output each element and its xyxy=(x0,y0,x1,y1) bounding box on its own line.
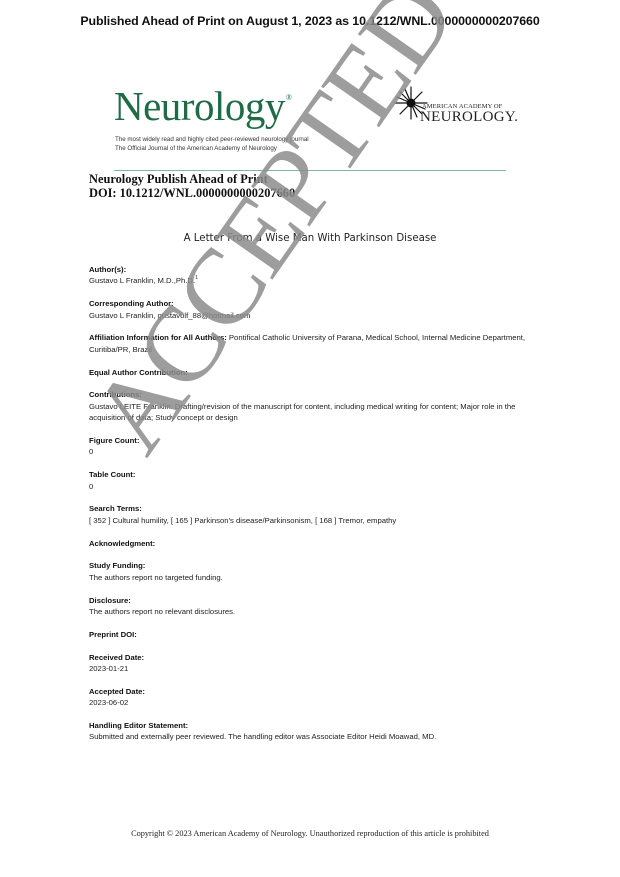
field-value: [ 352 ] Cultural humility, [ 165 ] Parki… xyxy=(89,515,539,526)
aan-logo: AMERICAN ACADEMY OF NEUROLOGY. xyxy=(394,86,524,126)
field-label: Search Terms: xyxy=(89,504,142,513)
field-value: 2023-06-02 xyxy=(89,697,539,708)
field-contributions: Contributions: Gustavo LEITE Franklin: D… xyxy=(89,389,539,423)
journal-logo-name: Neurology xyxy=(114,83,285,129)
field-value: The authors report no relevant disclosur… xyxy=(89,606,539,617)
field-authors: Author(s): Gustavo L Franklin, M.D.,Ph.D… xyxy=(89,264,539,287)
field-acknowledgment: Acknowledgment: xyxy=(89,538,539,549)
field-label: Corresponding Author: xyxy=(89,299,174,308)
field-table-count: Table Count: 0 xyxy=(89,469,539,492)
field-handling-editor: Handling Editor Statement: Submitted and… xyxy=(89,720,539,743)
neurology-journal-logo: Neurology® xyxy=(114,86,291,127)
field-value: The authors report no targeted funding. xyxy=(89,572,539,583)
field-accepted-date: Accepted Date: 2023-06-02 xyxy=(89,686,539,709)
field-label: Affiliation Information for All Authors: xyxy=(89,333,227,342)
field-value: Gustavo LEITE Franklin: Drafting/revisio… xyxy=(89,401,539,424)
field-label: Equal Author Contribution: xyxy=(89,368,188,377)
journal-tagline: The most widely read and highly cited pe… xyxy=(115,135,309,153)
tagline-line-1: The most widely read and highly cited pe… xyxy=(115,135,309,144)
article-title: A Letter From a Wise Man With Parkinson … xyxy=(0,233,620,244)
publish-header-line-1: Neurology Publish Ahead of Print xyxy=(89,173,295,187)
field-label: Received Date: xyxy=(89,653,144,662)
field-preprint-doi: Preprint DOI: xyxy=(89,629,539,640)
field-search-terms: Search Terms: [ 352 ] Cultural humility,… xyxy=(89,503,539,526)
aan-logo-main-text: NEUROLOGY. xyxy=(420,109,518,126)
registered-mark: ® xyxy=(286,93,292,102)
field-label: Contributions: xyxy=(89,390,142,399)
publish-header: Neurology Publish Ahead of Print DOI: 10… xyxy=(89,173,295,200)
field-study-funding: Study Funding: The authors report no tar… xyxy=(89,560,539,583)
field-value: 0 xyxy=(89,481,539,492)
field-label: Figure Count: xyxy=(89,436,139,445)
doi-line: DOI: 10.1212/WNL.0000000000207660 xyxy=(89,187,295,201)
published-ahead-banner: Published Ahead of Print on August 1, 20… xyxy=(0,14,620,28)
field-affiliation: Affiliation Information for All Authors:… xyxy=(89,332,539,355)
field-value: Gustavo L Franklin, gustavolf_88@hotmail… xyxy=(89,310,539,321)
field-label: Author(s): xyxy=(89,265,126,274)
tagline-line-2: The Official Journal of the American Aca… xyxy=(115,144,309,153)
field-label: Study Funding: xyxy=(89,561,145,570)
article-metadata: Author(s): Gustavo L Franklin, M.D.,Ph.D… xyxy=(89,264,539,754)
field-value: 0 xyxy=(89,446,539,457)
field-corresponding-author: Corresponding Author: Gustavo L Franklin… xyxy=(89,298,539,321)
affiliation-superscript: 1 xyxy=(195,275,198,281)
field-label: Accepted Date: xyxy=(89,687,145,696)
author-name: Gustavo L Franklin, M.D.,Ph.D. xyxy=(89,276,195,285)
field-value: 2023-01-21 xyxy=(89,663,539,674)
field-label: Table Count: xyxy=(89,470,135,479)
field-received-date: Received Date: 2023-01-21 xyxy=(89,652,539,675)
field-figure-count: Figure Count: 0 xyxy=(89,435,539,458)
copyright-footer: Copyright © 2023 American Academy of Neu… xyxy=(0,829,620,838)
field-disclosure: Disclosure: The authors report no releva… xyxy=(89,595,539,618)
field-value: Submitted and externally peer reviewed. … xyxy=(89,731,539,742)
header-divider xyxy=(114,170,506,171)
field-value: Gustavo L Franklin, M.D.,Ph.D.1 xyxy=(89,275,539,286)
field-label: Handling Editor Statement: xyxy=(89,721,188,730)
field-label: Preprint DOI: xyxy=(89,630,137,639)
field-equal-contribution: Equal Author Contribution: xyxy=(89,367,539,378)
field-label: Disclosure: xyxy=(89,596,131,605)
field-label: Acknowledgment: xyxy=(89,539,155,548)
